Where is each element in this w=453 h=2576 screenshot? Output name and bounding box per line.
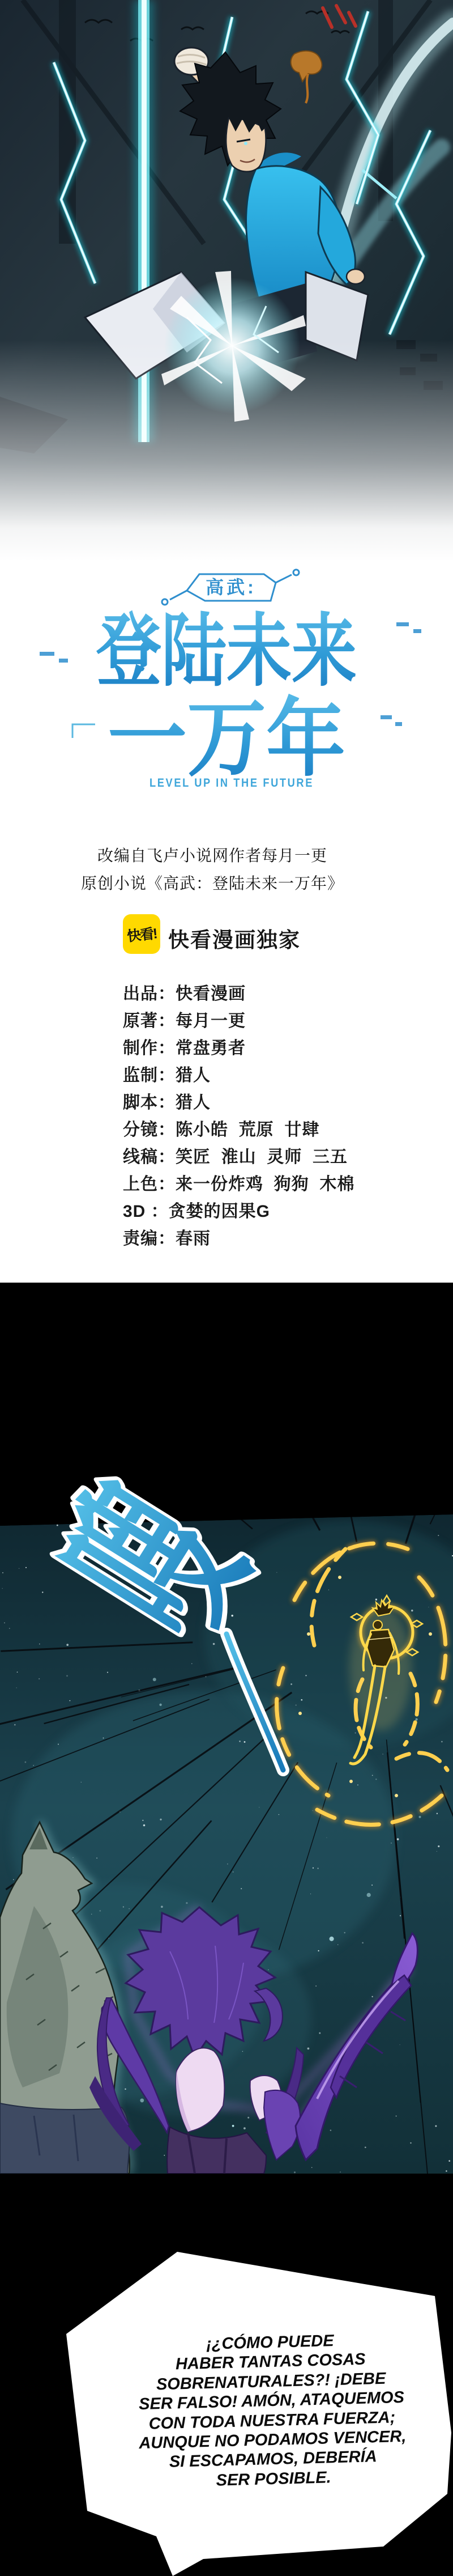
credit-row: 出品：快看漫画	[123, 981, 354, 1008]
credits-list: 出品：快看漫画 原著：每月一更 制作：常盘勇者 监制：猎人 脚本：猎人 分镜：陈…	[123, 981, 354, 1253]
exclusive-label: 快看漫画独家	[168, 923, 301, 953]
comic-panel: 嗖	[0, 1283, 453, 2174]
white-fade	[0, 340, 453, 561]
hand	[347, 269, 365, 284]
kuaikan-logo: 快看!	[123, 914, 160, 954]
credit-row: 制作：常盘勇者	[123, 1035, 354, 1062]
title-main: 登陆未来	[96, 606, 357, 695]
adaptation-note: 改编自飞卢小说网作者每月一更	[97, 843, 327, 866]
credit-row: 脚本：猎人	[123, 1089, 354, 1117]
subtitle-en: LEVEL UP IN THE FUTURE	[149, 776, 314, 790]
title-sub: 一万年	[108, 691, 345, 786]
series-logo: 高武: 登陆未来 一万年 LEVEL UP IN THE FUTURE	[0, 567, 453, 799]
credit-row: 监制：猎人	[123, 1062, 354, 1089]
credit-row: 分镜：陈小皓 荒原 廿肆	[123, 1117, 354, 1144]
cover-art	[0, 0, 453, 561]
webtoon-page: 高武: 登陆未来 一万年 LEVEL UP IN THE FUTURE 改编自飞…	[0, 0, 453, 2576]
kuaikan-logo-text: 快看!	[126, 922, 157, 945]
panel-top-black	[0, 1283, 453, 1526]
credit-row: 线稿：笑匠 淮山 灵师 三五	[123, 1144, 354, 1171]
eye-glint	[244, 142, 247, 145]
credit-row: 3D ：贪婪的因果G	[123, 1198, 354, 1225]
bottom-section: ¡¿CÓMO PUEDE HABER TANTAS COSAS SOBRENAT…	[0, 2174, 453, 2576]
logo-badge-label: 高武:	[206, 577, 257, 597]
original-novel-note: 原创小说《高武：登陆未来一万年》	[81, 871, 344, 894]
logo-badge: 高武:	[162, 570, 299, 605]
circuit-bracket	[72, 724, 95, 738]
credit-row: 上色：来一份炸鸡 狗狗 木棉	[123, 1171, 354, 1198]
speech-text: ¡¿CÓMO PUEDE HABER TANTAS COSAS SOBRENAT…	[78, 2328, 453, 2494]
credit-row: 原著：每月一更	[123, 1008, 354, 1035]
credit-row: 责编：春雨	[123, 1225, 354, 1253]
